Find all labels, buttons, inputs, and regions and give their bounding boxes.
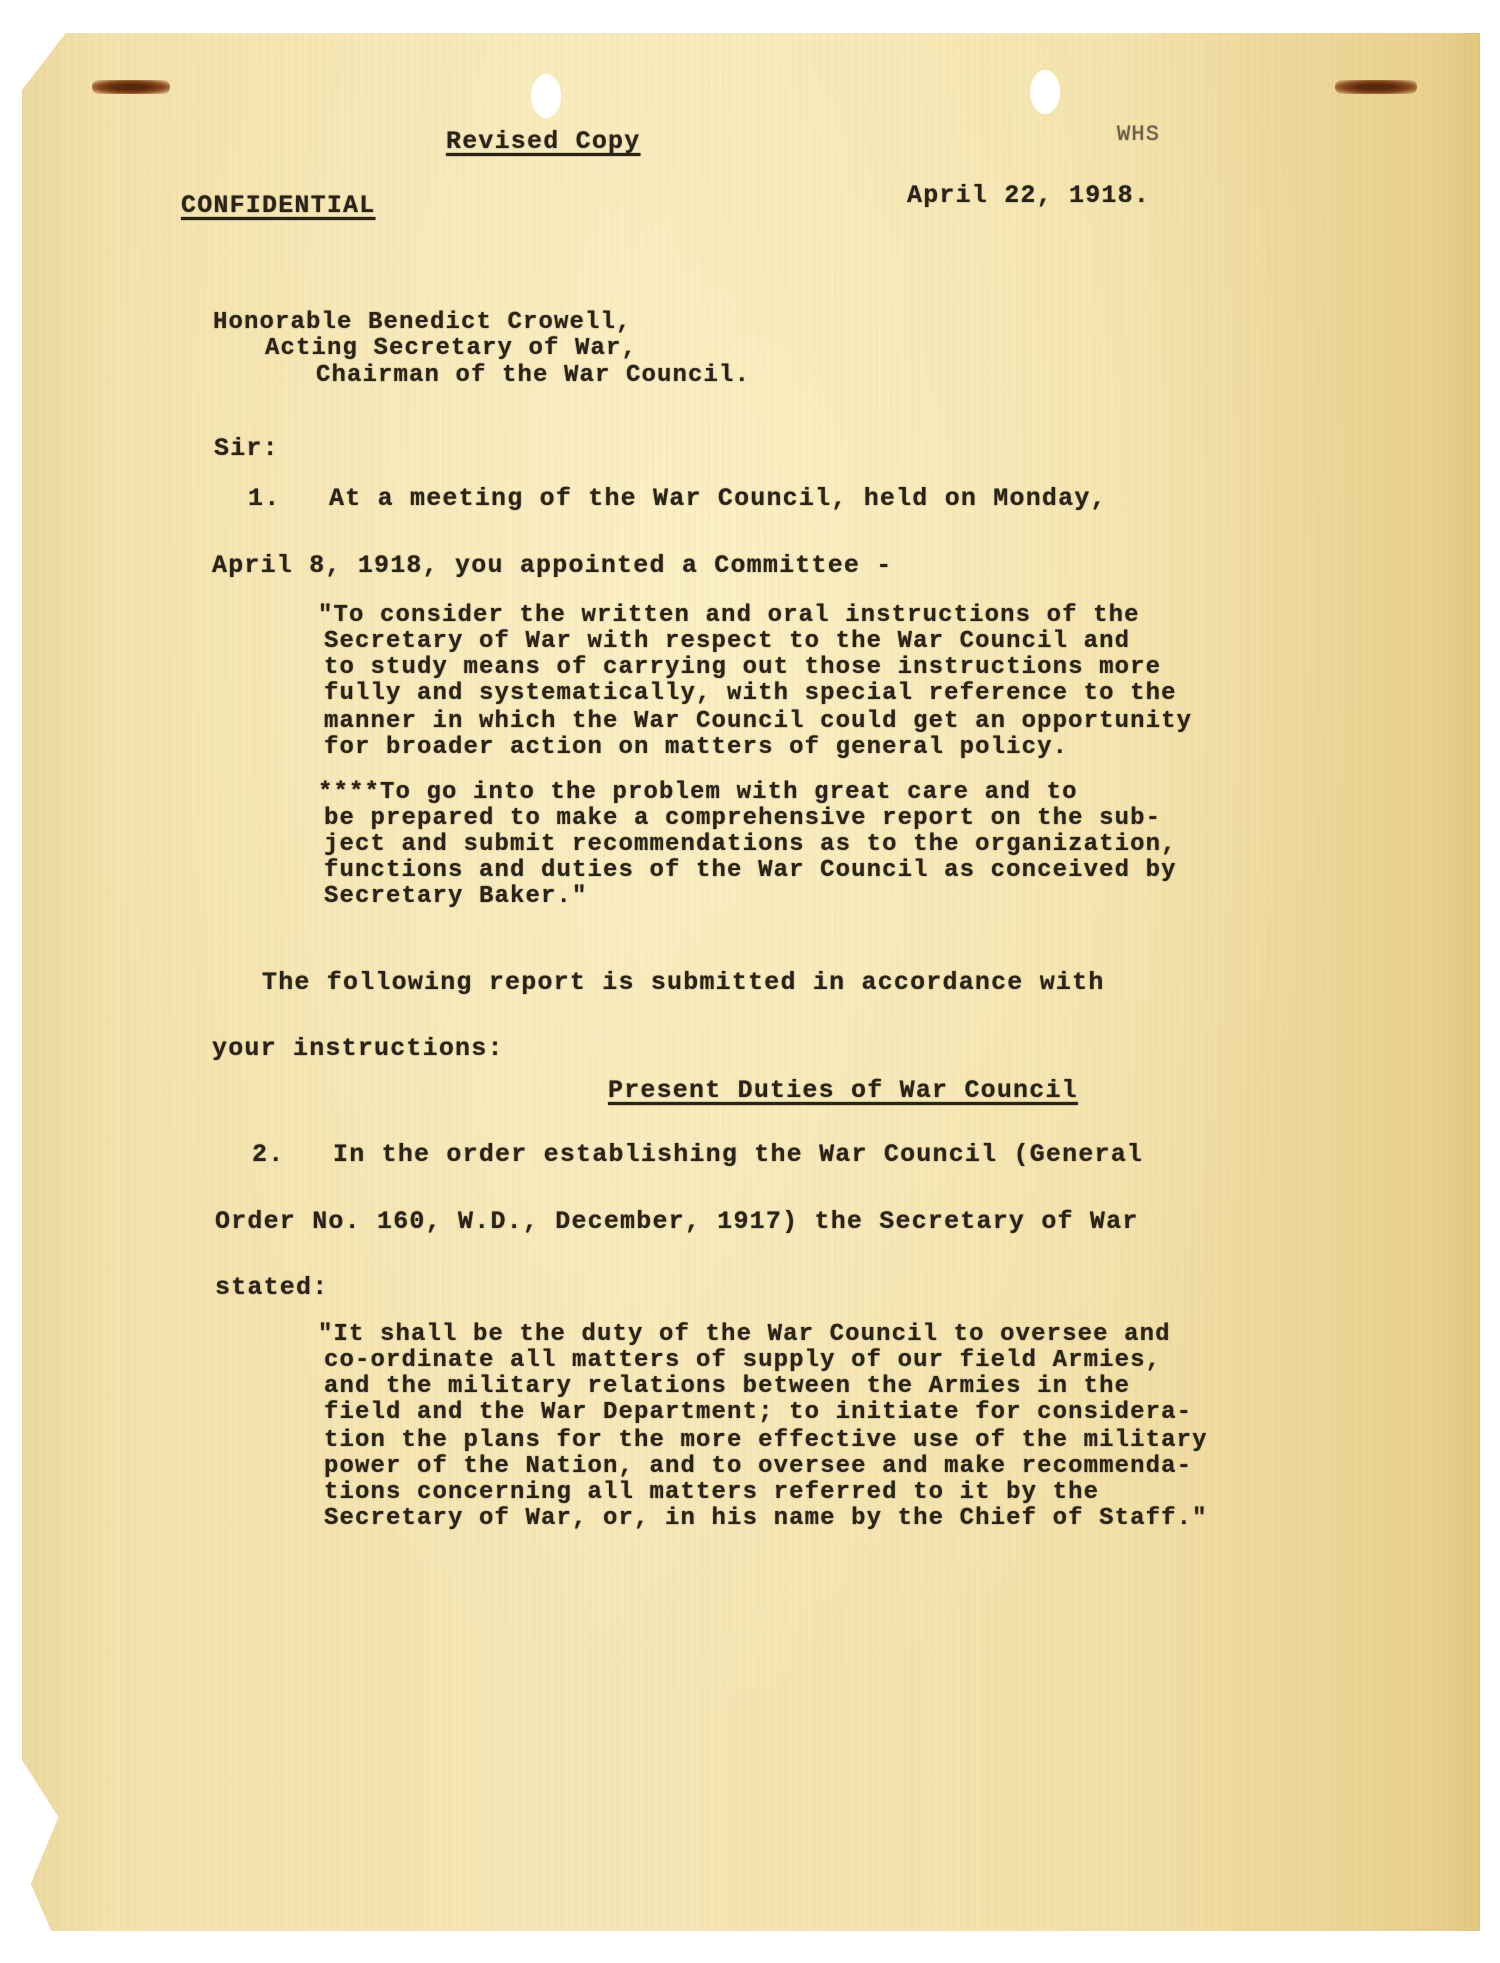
paragraph-1-line-1: 1. At a meeting of the War Council, held… [248,484,1107,513]
paragraph-2-line-1: 2. In the order establishing the War Cou… [252,1140,1143,1169]
quote-line: ****To go into the problem with great ca… [318,781,1078,806]
quote-line: be prepared to make a comprehensive repo… [324,807,1161,832]
quote-line: to study means of carrying out those ins… [324,656,1161,681]
quote-line: tions concerning all matters referred to… [324,1481,1099,1506]
paragraph-2-line-3: stated: [215,1273,328,1302]
addressee-line-2: Acting Secretary of War, [265,337,637,362]
revised-copy-label: Revised Copy [446,127,640,156]
quote-line: field and the War Department; to initiat… [324,1401,1192,1426]
classification-label: CONFIDENTIAL [181,191,375,220]
quote-line: power of the Nation, and to oversee and … [324,1455,1192,1480]
initials-stamp: WHS [1117,122,1160,147]
quote-line: Secretary of War, or, in his name by the… [324,1507,1208,1532]
punch-hole-left [531,74,561,118]
salutation: Sir: [214,434,279,463]
rust-stain-left [92,80,170,94]
quote-line: and the military relations between the A… [324,1375,1130,1400]
quote-line: "It shall be the duty of the War Council… [318,1323,1171,1348]
quote-line: "To consider the written and oral instru… [318,604,1140,629]
following-line-1: The following report is submitted in acc… [262,968,1105,997]
quote-line: ject and submit recommendations as to th… [324,833,1177,858]
quote-line: fully and systematically, with special r… [324,682,1177,707]
punch-hole-right [1030,70,1060,114]
document-date: April 22, 1918. [907,181,1150,210]
quote-line: functions and duties of the War Council … [324,859,1177,884]
section-heading: Present Duties of War Council [608,1076,1078,1105]
quote-line: co-ordinate all matters of supply of our… [324,1349,1161,1374]
rust-stain-right [1335,80,1417,94]
quote-line: for broader action on matters of general… [324,736,1068,761]
quote-line: Secretary of War with respect to the War… [324,630,1130,655]
paragraph-1-line-2: April 8, 1918, you appointed a Committee… [212,551,893,580]
quote-line: Secretary Baker." [324,885,588,910]
addressee-line-1: Honorable Benedict Crowell, [213,311,632,336]
paragraph-2-line-2: Order No. 160, W.D., December, 1917) the… [215,1207,1139,1236]
quote-line: tion the plans for the more effective us… [324,1429,1208,1454]
addressee-line-3: Chairman of the War Council. [316,364,750,389]
quote-line: manner in which the War Council could ge… [324,710,1192,735]
following-line-2: your instructions: [212,1034,504,1063]
